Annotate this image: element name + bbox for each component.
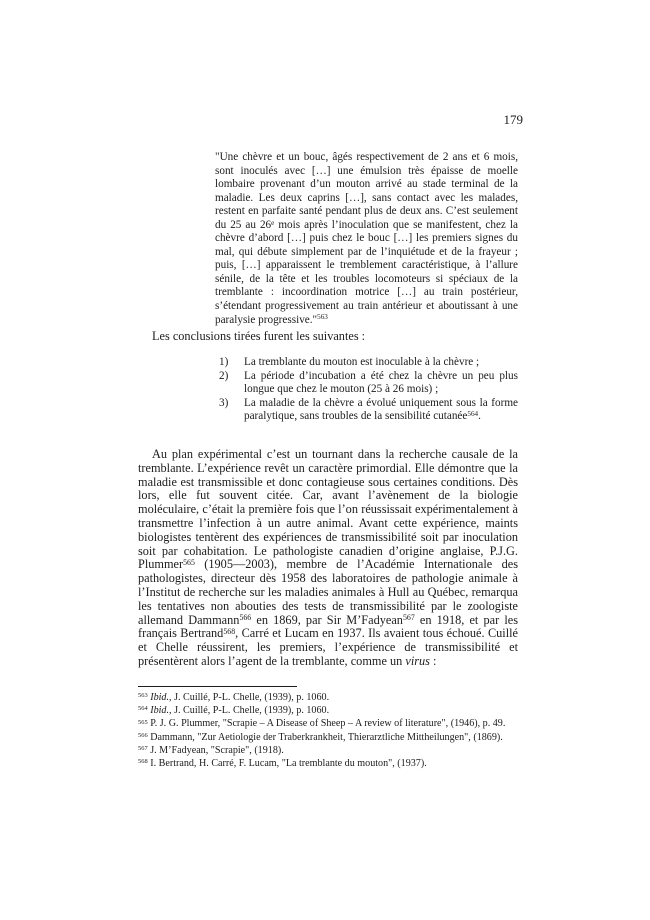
body-paragraph: Au plan expérimental c’est un tournant d…: [138, 448, 518, 669]
list-item: 2) La période d’incubation a été chez la…: [219, 370, 518, 397]
page-number: 179: [138, 112, 523, 127]
footnote: 565 P. J. G. Plummer, "Scrapie – A Disea…: [138, 717, 523, 730]
footnote-separator: [138, 686, 297, 687]
footnote: 566 Dammann, "Zur Aetiologie der Traberk…: [138, 731, 523, 744]
footnote: 564 Ibid., J. Cuillé, P-L. Chelle, (1939…: [138, 704, 523, 717]
list-item-text: La période d’incubation a été chez la ch…: [244, 370, 518, 397]
footnote: 567 J. M’Fadyean, "Scrapie", (1918).: [138, 744, 523, 757]
block-quote: "Une chèvre et un bouc, âgés respectivem…: [215, 151, 518, 327]
conclusions-intro: Les conclusions tirées furent les suivan…: [138, 329, 518, 344]
list-item-marker: 3): [219, 397, 244, 411]
footnotes: 563 Ibid., J. Cuillé, P-L. Chelle, (1939…: [138, 691, 523, 770]
list-item-marker: 1): [219, 356, 244, 370]
list-item: 3) La maladie de la chèvre a évolué uniq…: [219, 397, 518, 424]
list-item-marker: 2): [219, 370, 244, 384]
footnote: 568 I. Bertrand, H. Carré, F. Lucam, "La…: [138, 757, 523, 770]
document-page: 179 "Une chèvre et un bouc, âgés respect…: [0, 0, 650, 920]
list-item: 1) La tremblante du mouton est inoculabl…: [219, 356, 518, 370]
list-item-text: La maladie de la chèvre a évolué uniquem…: [244, 397, 518, 424]
conclusions-list: 1) La tremblante du mouton est inoculabl…: [219, 356, 518, 424]
footnote: 563 Ibid., J. Cuillé, P-L. Chelle, (1939…: [138, 691, 523, 704]
list-item-text: La tremblante du mouton est inoculable à…: [244, 356, 518, 370]
